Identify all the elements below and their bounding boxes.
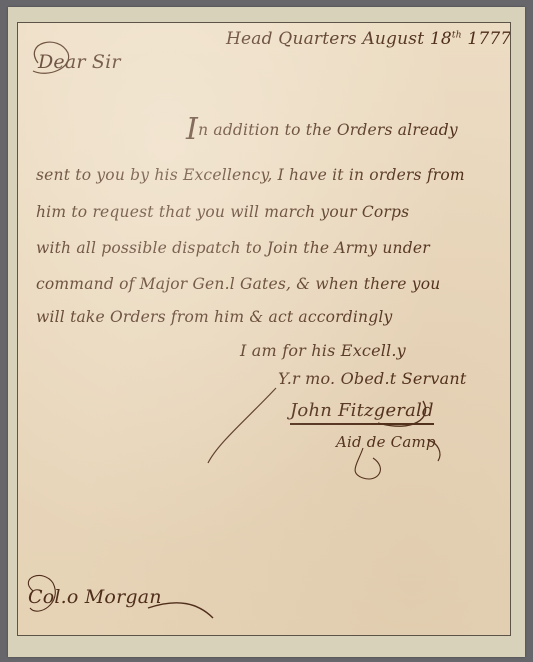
body-line-4: with all possible dispatch to Join the A… [36, 239, 430, 257]
closing-line-2: Y.r mo. Obed.t Servant [278, 369, 466, 388]
body-initial: I [186, 112, 198, 147]
recipient: Col.o Morgan [28, 586, 162, 608]
body-line-5: command of Major Gen.l Gates, & when the… [36, 275, 440, 293]
heading-year: 1777 [467, 29, 511, 49]
letter-paper: Head Quarters August 18th 1777 Dear Sir … [17, 22, 511, 636]
salutation: Dear Sir [38, 51, 121, 73]
heading-date: August 18 [362, 29, 451, 49]
body-line-1: In addition to the Orders already [186, 121, 458, 139]
body-line-6: will take Orders from him & act accordin… [36, 308, 392, 326]
body-line-2: sent to you by his Excellency, I have it… [36, 166, 465, 184]
body-line-text: n addition to the Orders already [198, 121, 458, 139]
body-line-3: him to request that you will march your … [36, 203, 409, 221]
heading-place: Head Quarters [226, 29, 357, 49]
signer-title: Aid de Camp [336, 433, 436, 451]
letter-heading: Head Quarters August 18th 1777 [226, 29, 511, 49]
closing-line-1: I am for his Excell.y [240, 341, 406, 360]
signature: John Fitzgerald [290, 400, 434, 425]
signature-flourish-icon [18, 23, 511, 636]
heading-date-suffix: th [452, 30, 462, 40]
